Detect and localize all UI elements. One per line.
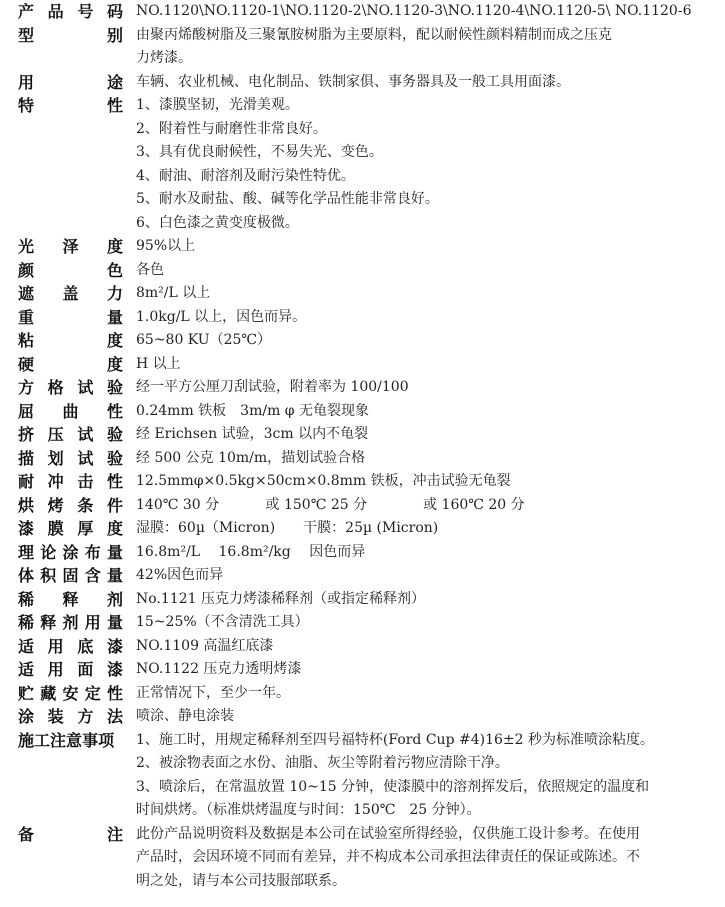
spec-row-crosshatch-test: 方格试验经一平方公厘刀刮试验，附着率为 100/100	[0, 376, 725, 400]
spec-label: 遮盖力	[18, 282, 123, 306]
label-char: 膜	[48, 517, 64, 541]
value-line: 5、耐水及耐盐、酸、碱等化学品性能非常良好。	[136, 188, 706, 212]
label-char: 试	[77, 423, 93, 447]
spec-row-remarks: 备注此份产品说明资料及数据是本公司在试验室所得经验，仅供施工设计参考。在使用产品…	[0, 823, 725, 894]
spec-label: 挤压试验	[18, 423, 123, 447]
spec-row-impact-resistance: 耐冲击性12.5mmφ×0.5kg×50cm×0.8mm 铁板，冲击试验无龟裂	[0, 470, 725, 494]
value-line: 1.0kg/L 以上，因色而异。	[136, 306, 706, 330]
spec-value: 由聚丙烯酸树脂及三聚氰胺树脂为主要原料，配以耐候性颜料精制而成之压克力烤漆。	[136, 24, 706, 71]
label-char: 耐	[18, 470, 34, 494]
value-line: 1、漆膜坚韧，光滑美观。	[136, 94, 706, 118]
label-char: 号	[77, 0, 93, 24]
label-char: 烘	[18, 494, 34, 518]
spec-value: 经 Erichsen 试验，3cm 以内不龟裂	[136, 423, 706, 447]
value-line: 车辆、农业机械、电化制品、铁制家俱、事务器具及一般工具用面漆。	[136, 71, 706, 95]
label-char: 积	[40, 564, 56, 588]
label-char: 盖	[62, 282, 78, 306]
value-line: 明之处，请与本公司技服部联系。	[136, 870, 706, 894]
spec-row-storage-stability: 贮藏安定性正常情况下，至少一年。	[0, 682, 725, 706]
spec-label: 光泽度	[18, 235, 123, 259]
label-char: 颜	[18, 259, 34, 283]
spec-row-usage: 用途车辆、农业机械、电化制品、铁制家俱、事务器具及一般工具用面漆。	[0, 71, 725, 95]
value-line: 产品时，会因环境不同而有差异，并不构成本公司承担法律责任的保证或陈述。不	[136, 846, 706, 870]
label-char: 项	[98, 729, 114, 753]
spec-value: 经 500 公克 10m/m，描划试验合格	[136, 447, 706, 471]
spec-row-features: 特性1、漆膜坚韧，光滑美观。2、附着性与耐磨性非常良好。3、具有优良耐候性，不易…	[0, 94, 725, 235]
label-char: 用	[48, 658, 64, 682]
spec-label: 方格试验	[18, 376, 123, 400]
label-char: 码	[107, 0, 123, 24]
spec-label: 理论涂布量	[18, 541, 123, 565]
spec-label: 型别	[18, 24, 123, 48]
label-char: 遮	[18, 282, 34, 306]
spec-row-hardness: 硬度H 以上	[0, 353, 725, 377]
value-line: 15~25%（不含清洗工具）	[136, 611, 706, 635]
label-char: 重	[18, 306, 34, 330]
spec-row-volume-solids: 体积固含量42%因色而异	[0, 564, 725, 588]
spec-value: 湿膜：60µ（Micron) 干膜：25µ (Micron)	[136, 517, 706, 541]
label-char: 意	[66, 729, 82, 753]
label-char: 理	[18, 541, 34, 565]
label-char: 泽	[62, 235, 78, 259]
spec-label: 稀释剂	[18, 588, 123, 612]
label-char: 体	[18, 564, 34, 588]
label-char: 条	[77, 494, 93, 518]
value-line: 经 500 公克 10m/m，描划试验合格	[136, 447, 706, 471]
spec-value: 车辆、农业机械、电化制品、铁制家俱、事务器具及一般工具用面漆。	[136, 71, 706, 95]
spec-row-erichsen-test: 挤压试验经 Erichsen 试验，3cm 以内不龟裂	[0, 423, 725, 447]
spec-row-thinner: 稀释剂No.1121 压克力烤漆稀释剂（或指定稀释剂）	[0, 588, 725, 612]
label-char: 冲	[48, 470, 64, 494]
label-char: 度	[107, 235, 123, 259]
label-char: 固	[62, 564, 78, 588]
label-char: 释	[40, 611, 56, 635]
label-char: 备	[18, 823, 34, 847]
spec-label: 硬度	[18, 353, 123, 377]
spec-row-application-method: 涂装方法喷涂、静电涂装	[0, 705, 725, 729]
value-line: NO.1120\NO.1120-1\NO.1120-2\NO.1120-3\NO…	[136, 0, 706, 24]
label-char: 途	[107, 71, 123, 95]
label-char: 漆	[107, 635, 123, 659]
value-line: 2、被涂物表面之水份、油脂、灰尘等附着污物应清除干净。	[136, 752, 706, 776]
value-line: 65~80 KU（25℃）	[136, 329, 706, 353]
label-char: 工	[34, 729, 50, 753]
value-line: 湿膜：60µ（Micron) 干膜：25µ (Micron)	[136, 517, 706, 541]
spec-value: 1、施工时，用规定稀释剂至四号福特杯(Ford Cup #4)16±2 秒为标准…	[136, 729, 706, 823]
value-line: 时间烘烤。（标准烘烤温度与时间：150℃ 25 分钟）。	[136, 799, 706, 823]
spec-value: 此份产品说明资料及数据是本公司在试验室所得经验，仅供施工设计参考。在使用产品时，…	[136, 823, 706, 894]
label-char: 色	[107, 259, 123, 283]
spec-value: 16.8m²/L 16.8m²/kg 因色而异	[136, 541, 706, 565]
spec-value: NO.1109 高温红底漆	[136, 635, 706, 659]
label-char: 压	[48, 423, 64, 447]
spec-row-color: 颜色各色	[0, 259, 725, 283]
label-char: 试	[77, 447, 93, 471]
value-line: 经 Erichsen 试验，3cm 以内不龟裂	[136, 423, 706, 447]
spec-value: 喷涂、静电涂装	[136, 705, 706, 729]
value-line: 2、附着性与耐磨性非常良好。	[136, 118, 706, 142]
spec-row-film-thickness: 漆膜厚度湿膜：60µ（Micron) 干膜：25µ (Micron)	[0, 517, 725, 541]
label-char: 别	[107, 24, 123, 48]
spec-value: 正常情况下，至少一年。	[136, 682, 706, 706]
spec-value: 1、漆膜坚韧，光滑美观。2、附着性与耐磨性非常良好。3、具有优良耐候性，不易失光…	[136, 94, 706, 235]
label-char: 涂	[18, 705, 34, 729]
value-line: 各色	[136, 259, 706, 283]
label-char: 含	[85, 564, 101, 588]
label-char: 曲	[62, 400, 78, 424]
spec-row-type: 型别由聚丙烯酸树脂及三聚氰胺树脂为主要原料，配以耐候性颜料精制而成之压克力烤漆。	[0, 24, 725, 71]
label-char: 件	[107, 494, 123, 518]
label-char: 用	[48, 635, 64, 659]
label-char: 定	[85, 682, 101, 706]
label-char: 方	[18, 376, 34, 400]
label-char: 藏	[40, 682, 56, 706]
spec-value: 经一平方公厘刀刮试验，附着率为 100/100	[136, 376, 706, 400]
label-char: 挤	[18, 423, 34, 447]
label-char: 厚	[77, 517, 93, 541]
label-char: 注	[50, 729, 66, 753]
label-char: 产	[18, 0, 34, 24]
label-char: 漆	[18, 517, 34, 541]
label-char: 施	[18, 729, 34, 753]
spec-row-theoretical-coverage: 理论涂布量16.8m²/L 16.8m²/kg 因色而异	[0, 541, 725, 565]
label-char: 安	[62, 682, 78, 706]
label-char: 光	[18, 235, 34, 259]
spec-label: 适用底漆	[18, 635, 123, 659]
label-char: 释	[62, 588, 78, 612]
spec-value: 42%因色而异	[136, 564, 706, 588]
label-char: 量	[107, 541, 123, 565]
spec-label: 重量	[18, 306, 123, 330]
spec-value: 12.5mmφ×0.5kg×50cm×0.8mm 铁板，冲击试验无龟裂	[136, 470, 706, 494]
label-char: 注	[107, 823, 123, 847]
spec-row-thinner-ratio: 稀释剂用量15~25%（不含清洗工具）	[0, 611, 725, 635]
label-char: 性	[107, 400, 123, 424]
value-line: 由聚丙烯酸树脂及三聚氰胺树脂为主要原料，配以耐候性颜料精制而成之压克	[136, 24, 706, 48]
label-char: 硬	[18, 353, 34, 377]
value-line: 6、白色漆之黄变度极微。	[136, 212, 706, 236]
spec-row-product-code: 产品号码NO.1120\NO.1120-1\NO.1120-2\NO.1120-…	[0, 0, 725, 24]
spec-label: 备注	[18, 823, 123, 847]
spec-value: 140℃ 30 分 或 150℃ 25 分 或 160℃ 20 分	[136, 494, 706, 518]
label-char: 稀	[18, 611, 34, 635]
label-char: 验	[107, 447, 123, 471]
label-char: 验	[107, 423, 123, 447]
label-char: 剂	[107, 588, 123, 612]
label-char: 型	[18, 24, 34, 48]
value-line: 95%以上	[136, 235, 706, 259]
spec-value: 1.0kg/L 以上，因色而异。	[136, 306, 706, 330]
label-char: 稀	[18, 588, 34, 612]
value-line: 12.5mmφ×0.5kg×50cm×0.8mm 铁板，冲击试验无龟裂	[136, 470, 706, 494]
label-char: 粘	[18, 329, 34, 353]
label-char: 论	[40, 541, 56, 565]
spec-row-flexibility: 屈曲性0.24mm 铁板 3m/m φ 无龟裂现象	[0, 400, 725, 424]
spec-row-scratch-test: 描划试验经 500 公克 10m/m，描划试验合格	[0, 447, 725, 471]
spec-label: 耐冲击性	[18, 470, 123, 494]
value-line: 3、具有优良耐候性，不易失光、变色。	[136, 141, 706, 165]
spec-value: 8m²/L 以上	[136, 282, 706, 306]
spec-label: 特性	[18, 94, 123, 118]
label-char: 漆	[107, 658, 123, 682]
spec-row-hiding-power: 遮盖力8m²/L 以上	[0, 282, 725, 306]
value-line: 3、喷涂后，在常温放置 10~15 分钟，使漆膜中的溶剂挥发后，依照规定的温度和	[136, 776, 706, 800]
label-char: 适	[18, 635, 34, 659]
spec-value: 95%以上	[136, 235, 706, 259]
spec-label: 粘度	[18, 329, 123, 353]
spec-row-gloss: 光泽度95%以上	[0, 235, 725, 259]
spec-value: No.1121 压克力烤漆稀释剂（或指定稀释剂）	[136, 588, 706, 612]
label-char: 方	[77, 705, 93, 729]
label-char: 法	[107, 705, 123, 729]
label-char: 装	[48, 705, 64, 729]
spec-label: 描划试验	[18, 447, 123, 471]
value-line: H 以上	[136, 353, 706, 377]
product-spec-sheet: 产品号码NO.1120\NO.1120-1\NO.1120-2\NO.1120-…	[0, 0, 725, 893]
spec-row-application-notes: 施工注意事项1、施工时，用规定稀释剂至四号福特杯(Ford Cup #4)16±…	[0, 729, 725, 823]
value-line: 正常情况下，至少一年。	[136, 682, 706, 706]
label-char: 击	[77, 470, 93, 494]
label-char: 性	[107, 94, 123, 118]
value-line: 4、耐油、耐溶剂及耐污染性特优。	[136, 165, 706, 189]
value-line: No.1121 压克力烤漆稀释剂（或指定稀释剂）	[136, 588, 706, 612]
label-char: 量	[107, 611, 123, 635]
spec-label: 施工注意事项	[18, 729, 123, 753]
value-line: 16.8m²/L 16.8m²/kg 因色而异	[136, 541, 706, 565]
value-line: 1、施工时，用规定稀释剂至四号福特杯(Ford Cup #4)16±2 秒为标准…	[136, 729, 706, 753]
spec-value: 15~25%（不含清洗工具）	[136, 611, 706, 635]
value-line: 140℃ 30 分 或 150℃ 25 分 或 160℃ 20 分	[136, 494, 706, 518]
spec-row-baking-conditions: 烘烤条件140℃ 30 分 或 150℃ 25 分 或 160℃ 20 分	[0, 494, 725, 518]
label-char: 验	[107, 376, 123, 400]
label-char: 烤	[48, 494, 64, 518]
value-line: NO.1122 压克力透明烤漆	[136, 658, 706, 682]
value-line: 力烤漆。	[136, 47, 706, 71]
spec-row-topcoat: 适用面漆NO.1122 压克力透明烤漆	[0, 658, 725, 682]
value-line: 经一平方公厘刀刮试验，附着率为 100/100	[136, 376, 706, 400]
spec-value: 0.24mm 铁板 3m/m φ 无龟裂现象	[136, 400, 706, 424]
label-char: 划	[48, 447, 64, 471]
spec-value: NO.1122 压克力透明烤漆	[136, 658, 706, 682]
label-char: 试	[77, 376, 93, 400]
spec-label: 适用面漆	[18, 658, 123, 682]
spec-value: 65~80 KU（25℃）	[136, 329, 706, 353]
label-char: 量	[107, 306, 123, 330]
spec-row-weight: 重量1.0kg/L 以上，因色而异。	[0, 306, 725, 330]
spec-label: 稀释剂用量	[18, 611, 123, 635]
label-char: 格	[48, 376, 64, 400]
label-char: 特	[18, 94, 34, 118]
label-char: 性	[107, 682, 123, 706]
label-char: 描	[18, 447, 34, 471]
label-char: 涂	[62, 541, 78, 565]
spec-value: H 以上	[136, 353, 706, 377]
label-char: 用	[18, 71, 34, 95]
value-line: 8m²/L 以上	[136, 282, 706, 306]
spec-row-viscosity: 粘度65~80 KU（25℃）	[0, 329, 725, 353]
spec-label: 颜色	[18, 259, 123, 283]
label-char: 屈	[18, 400, 34, 424]
spec-label: 烘烤条件	[18, 494, 123, 518]
label-char: 度	[107, 517, 123, 541]
label-char: 度	[107, 353, 123, 377]
label-char: 贮	[18, 682, 34, 706]
label-char: 底	[77, 635, 93, 659]
value-line: NO.1109 高温红底漆	[136, 635, 706, 659]
value-line: 喷涂、静电涂装	[136, 705, 706, 729]
label-char: 性	[107, 470, 123, 494]
spec-label: 产品号码	[18, 0, 123, 24]
label-char: 力	[107, 282, 123, 306]
label-char: 量	[107, 564, 123, 588]
value-line: 0.24mm 铁板 3m/m φ 无龟裂现象	[136, 400, 706, 424]
label-char: 事	[82, 729, 98, 753]
label-char: 布	[85, 541, 101, 565]
value-line: 42%因色而异	[136, 564, 706, 588]
value-line: 此份产品说明资料及数据是本公司在试验室所得经验，仅供施工设计参考。在使用	[136, 823, 706, 847]
spec-label: 漆膜厚度	[18, 517, 123, 541]
spec-value: 各色	[136, 259, 706, 283]
label-char: 面	[77, 658, 93, 682]
spec-label: 体积固含量	[18, 564, 123, 588]
label-char: 品	[48, 0, 64, 24]
label-char: 适	[18, 658, 34, 682]
spec-label: 贮藏安定性	[18, 682, 123, 706]
spec-label: 用途	[18, 71, 123, 95]
label-char: 度	[107, 329, 123, 353]
spec-label: 屈曲性	[18, 400, 123, 424]
label-char: 用	[85, 611, 101, 635]
label-char: 剂	[62, 611, 78, 635]
spec-row-primer: 适用底漆NO.1109 高温红底漆	[0, 635, 725, 659]
spec-label: 涂装方法	[18, 705, 123, 729]
spec-value: NO.1120\NO.1120-1\NO.1120-2\NO.1120-3\NO…	[136, 0, 706, 24]
